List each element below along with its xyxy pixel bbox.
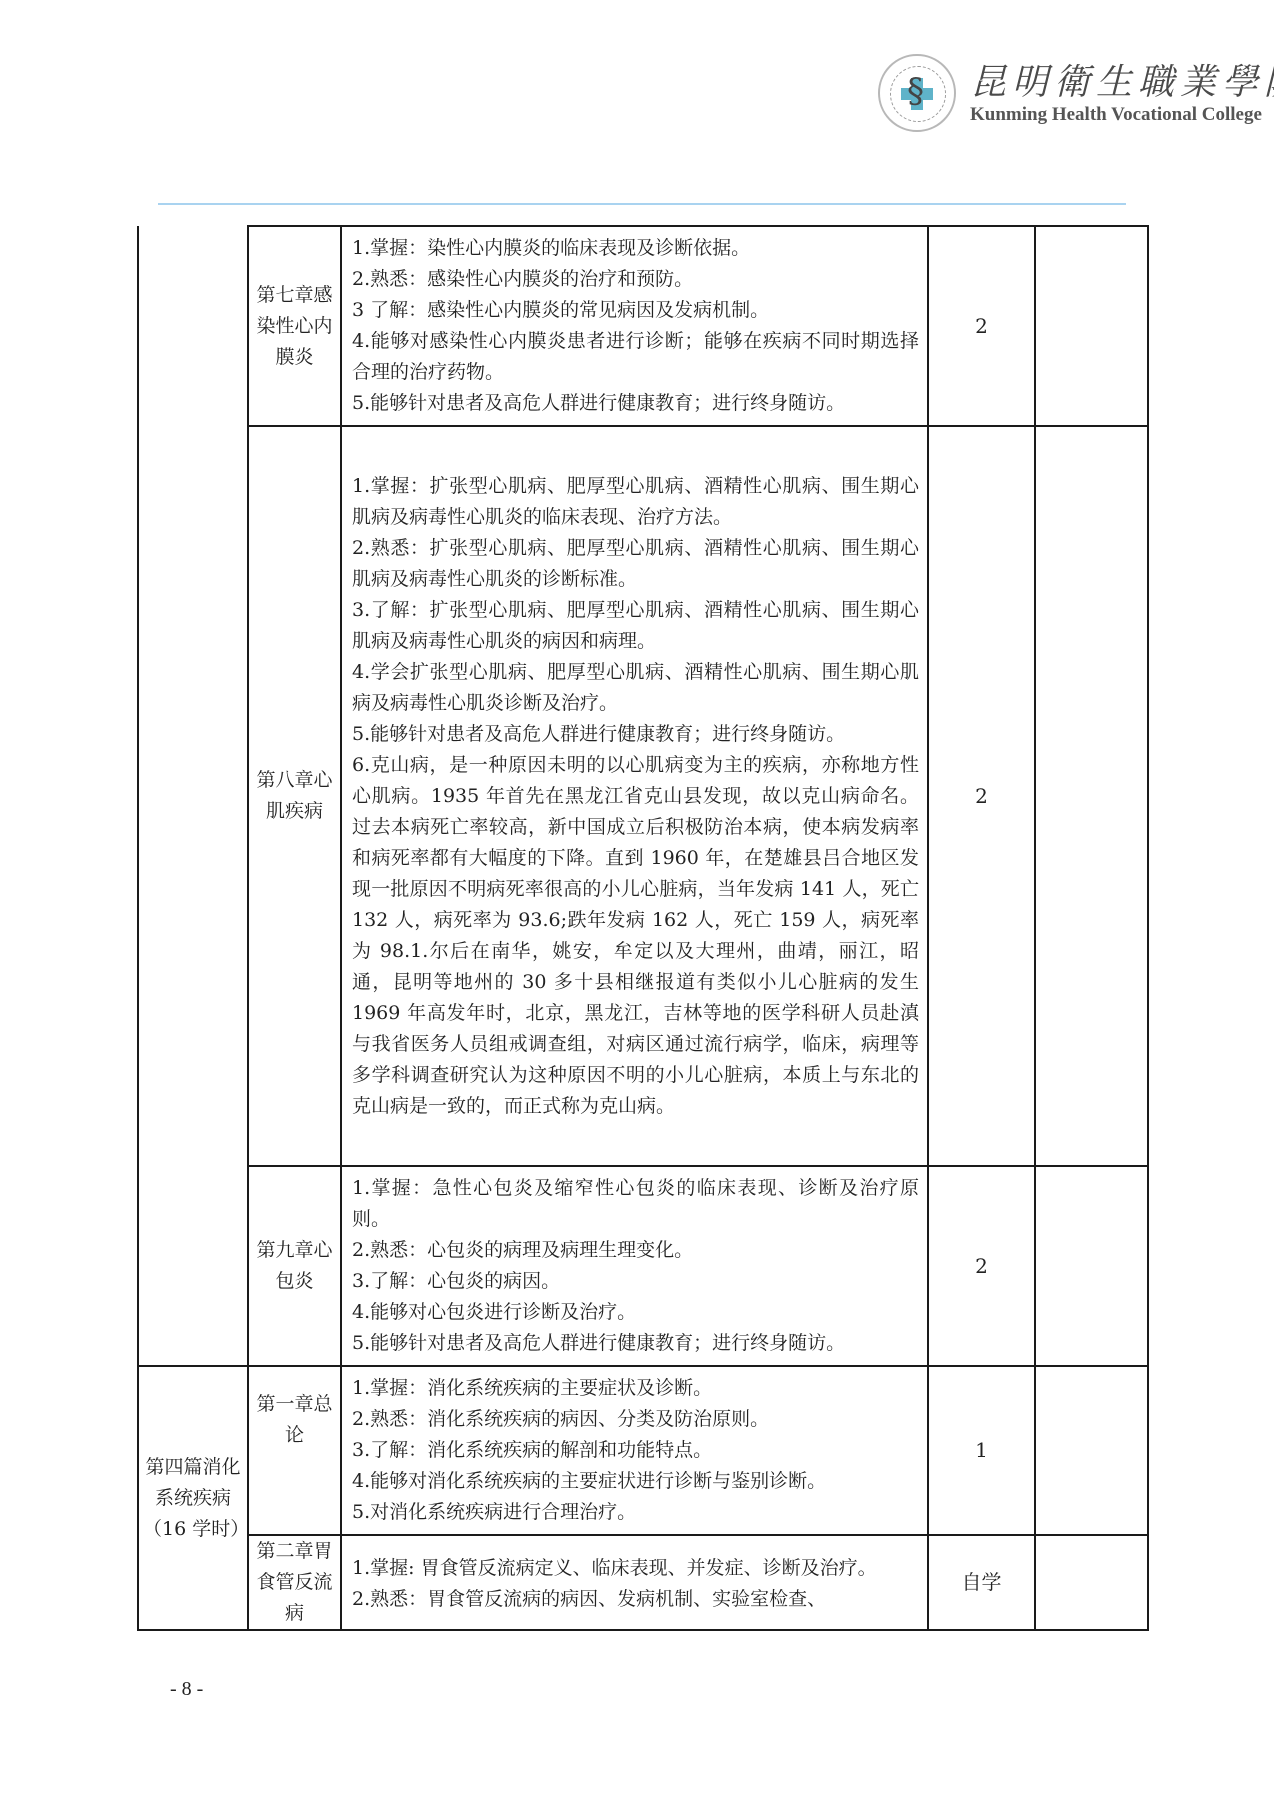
college-name-cn: 昆明衛生職業學院 bbox=[970, 54, 1274, 105]
hours-cell: 2 bbox=[928, 1166, 1035, 1366]
content-line: 4.能够对感染性心内膜炎患者进行诊断；能够在疾病不同时期选择合理的治疗药物。 bbox=[352, 326, 919, 388]
college-seal-icon: § bbox=[878, 54, 956, 132]
syllabus-table: 第七章感染性心内膜炎 1.掌握：染性心内膜炎的临床表现及诊断依据。 2.熟悉：感… bbox=[137, 225, 1149, 1631]
note-cell bbox=[1035, 1535, 1148, 1630]
table-row: 第七章感染性心内膜炎 1.掌握：染性心内膜炎的临床表现及诊断依据。 2.熟悉：感… bbox=[138, 226, 1148, 426]
note-cell bbox=[1035, 226, 1148, 426]
content-line: 1.掌握：消化系统疾病的主要症状及诊断。 bbox=[352, 1373, 919, 1404]
content-line: 1.掌握：染性心内膜炎的临床表现及诊断依据。 bbox=[352, 233, 919, 264]
content-line: 5.能够针对患者及高危人群进行健康教育；进行终身随访。 bbox=[352, 388, 919, 419]
part-cell: 第四篇消化系统疾病（16 学时） bbox=[138, 1366, 248, 1630]
chapter-title: 第一章总论 bbox=[255, 1389, 334, 1451]
college-logo: § 昆明衛生職業學院 Kunming Health Vocational Col… bbox=[878, 52, 1258, 132]
content-line: 2.熟悉：扩张型心肌病、肥厚型心肌病、酒精性心肌病、围生期心肌病及病毒性心肌炎的… bbox=[352, 533, 919, 595]
hours-cell: 2 bbox=[928, 226, 1035, 426]
page-number: - 8 - bbox=[170, 1678, 203, 1701]
content-line: 4.能够对心包炎进行诊断及治疗。 bbox=[352, 1297, 919, 1328]
table-row: 第八章心肌疾病 1.掌握：扩张型心肌病、肥厚型心肌病、酒精性心肌病、围生期心肌病… bbox=[138, 426, 1148, 1166]
content-cell: 1.掌握: 胃食管反流病定义、临床表现、并发症、诊断及治疗。 2.熟悉：胃食管反… bbox=[341, 1535, 928, 1630]
table-row: 第九章心包炎 1.掌握：急性心包炎及缩窄性心包炎的临床表现、诊断及治疗原则。 2… bbox=[138, 1166, 1148, 1366]
note-cell bbox=[1035, 426, 1148, 1166]
content-cell: 1.掌握：扩张型心肌病、肥厚型心肌病、酒精性心肌病、围生期心肌病及病毒性心肌炎的… bbox=[341, 426, 928, 1166]
content-line: 1.掌握：扩张型心肌病、肥厚型心肌病、酒精性心肌病、围生期心肌病及病毒性心肌炎的… bbox=[352, 471, 919, 533]
content-cell: 1.掌握：染性心内膜炎的临床表现及诊断依据。 2.熟悉：感染性心内膜炎的治疗和预… bbox=[341, 226, 928, 426]
content-line: 4.学会扩张型心肌病、肥厚型心肌病、酒精性心肌病、围生期心肌病及病毒性心肌炎诊断… bbox=[352, 657, 919, 719]
chapter-title: 第七章感染性心内膜炎 bbox=[255, 280, 334, 373]
content-line: 3 了解：感染性心内膜炎的常见病因及发病机制。 bbox=[352, 295, 919, 326]
content-line: 6.克山病，是一种原因未明的以心肌病变为主的疾病，亦称地方性心肌病。1935 年… bbox=[352, 750, 919, 1122]
chapter-title: 第八章心肌疾病 bbox=[255, 765, 334, 827]
hours-cell: 自学 bbox=[928, 1535, 1035, 1630]
hours-cell: 1 bbox=[928, 1366, 1035, 1535]
chapter-cell: 第九章心包炎 bbox=[248, 1166, 341, 1366]
content-line: 2.熟悉：消化系统疾病的病因、分类及防治原则。 bbox=[352, 1404, 919, 1435]
chapter-title: 第二章胃食管反流病 bbox=[255, 1536, 334, 1629]
content-line: 1.掌握：急性心包炎及缩窄性心包炎的临床表现、诊断及治疗原则。 bbox=[352, 1173, 919, 1235]
note-cell bbox=[1035, 1166, 1148, 1366]
content-line: 3.了解：扩张型心肌病、肥厚型心肌病、酒精性心肌病、围生期心肌病及病毒性心肌炎的… bbox=[352, 595, 919, 657]
content-line: 2.熟悉：感染性心内膜炎的治疗和预防。 bbox=[352, 264, 919, 295]
table-row: 第二章胃食管反流病 1.掌握: 胃食管反流病定义、临床表现、并发症、诊断及治疗。… bbox=[138, 1535, 1148, 1630]
hours-cell: 2 bbox=[928, 426, 1035, 1166]
content-cell: 1.掌握：急性心包炎及缩窄性心包炎的临床表现、诊断及治疗原则。 2.熟悉：心包炎… bbox=[341, 1166, 928, 1366]
chapter-cell: 第一章总论 bbox=[248, 1366, 341, 1535]
chapter-cell: 第八章心肌疾病 bbox=[248, 426, 341, 1166]
note-cell bbox=[1035, 1366, 1148, 1535]
content-line: 3.了解：消化系统疾病的解剖和功能特点。 bbox=[352, 1435, 919, 1466]
content-line: 2.熟悉：胃食管反流病的病因、发病机制、实验室检查、 bbox=[352, 1584, 919, 1615]
chapter-cell: 第二章胃食管反流病 bbox=[248, 1535, 341, 1630]
content-cell: 1.掌握：消化系统疾病的主要症状及诊断。 2.熟悉：消化系统疾病的病因、分类及防… bbox=[341, 1366, 928, 1535]
content-line: 2.熟悉：心包炎的病理及病理生理变化。 bbox=[352, 1235, 919, 1266]
college-name-en: Kunming Health Vocational College bbox=[970, 104, 1262, 126]
content-line: 4.能够对消化系统疾病的主要症状进行诊断与鉴别诊断。 bbox=[352, 1466, 919, 1497]
content-line: 3.了解：心包炎的病因。 bbox=[352, 1266, 919, 1297]
part-cell bbox=[138, 226, 248, 1366]
content-line: 5.能够针对患者及高危人群进行健康教育；进行终身随访。 bbox=[352, 719, 919, 750]
header-divider bbox=[158, 203, 1126, 205]
chapter-title: 第九章心包炎 bbox=[255, 1235, 334, 1297]
content-line: 5.能够针对患者及高危人群进行健康教育；进行终身随访。 bbox=[352, 1328, 919, 1359]
chapter-cell: 第七章感染性心内膜炎 bbox=[248, 226, 341, 426]
content-line: 5.对消化系统疾病进行合理治疗。 bbox=[352, 1497, 919, 1528]
table-row: 第四篇消化系统疾病（16 学时） 第一章总论 1.掌握：消化系统疾病的主要症状及… bbox=[138, 1366, 1148, 1535]
content-line: 1.掌握: 胃食管反流病定义、临床表现、并发症、诊断及治疗。 bbox=[352, 1553, 919, 1584]
